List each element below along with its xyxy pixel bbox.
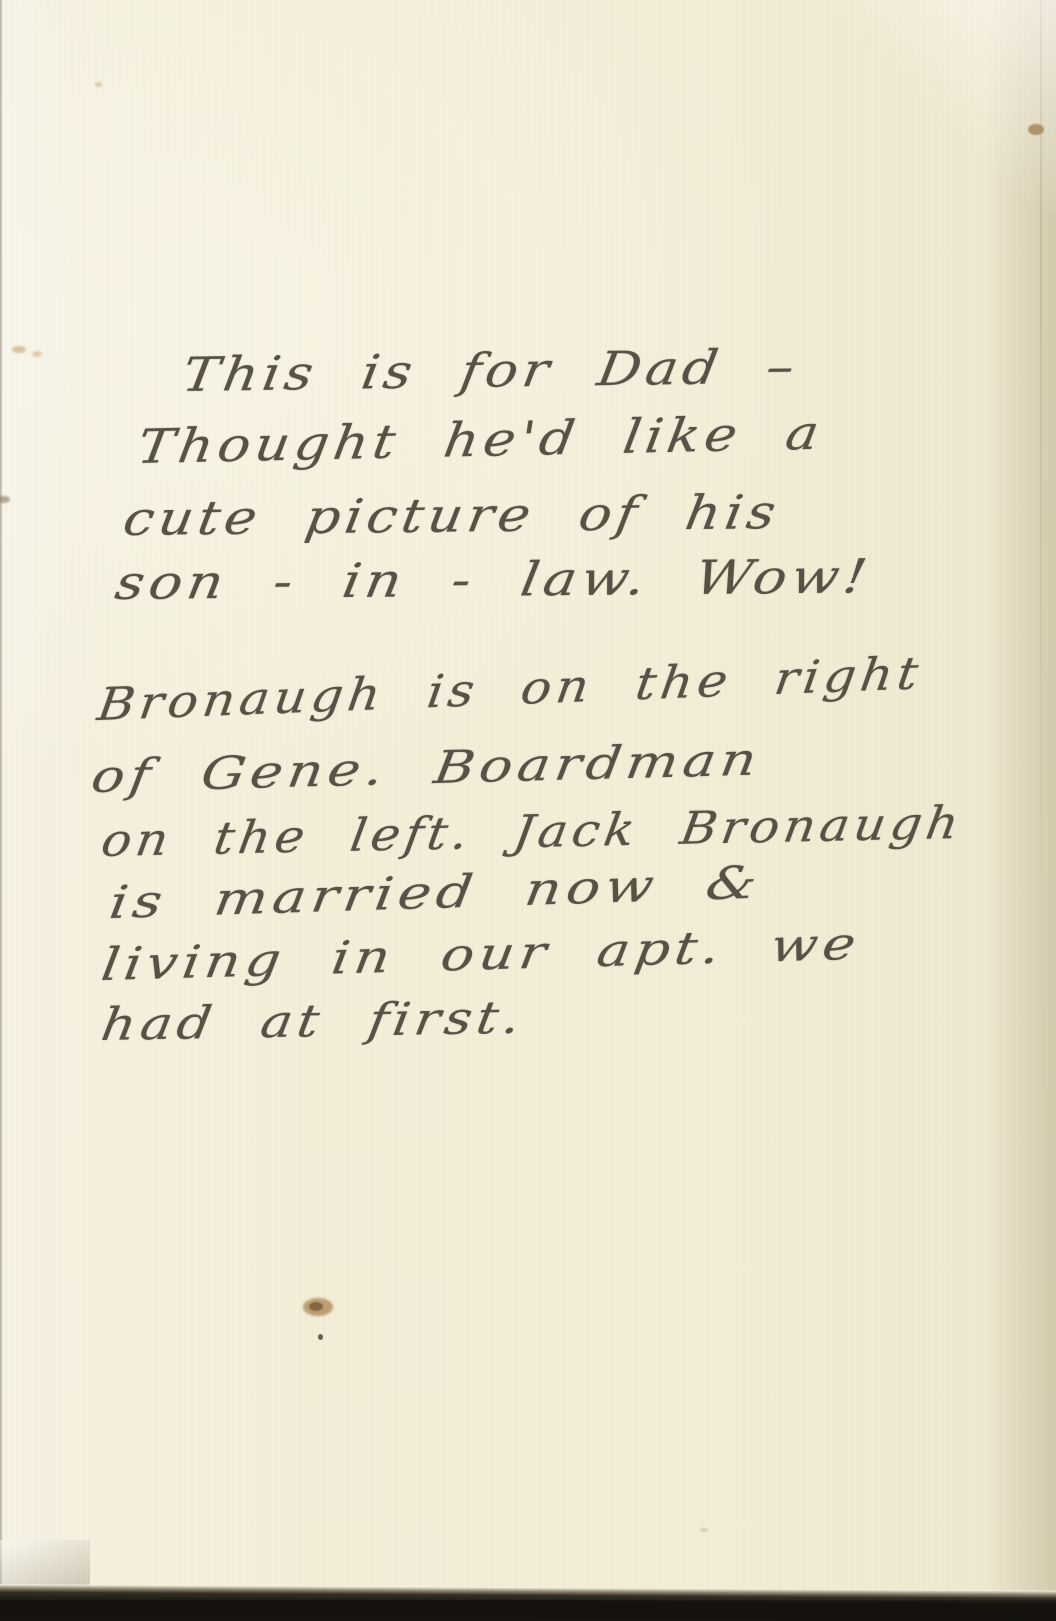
handwriting-line: of Gene. Boardman [88,732,765,803]
handwriting-line: son - in - law. Wow! [111,549,875,611]
handwriting-line: had at first. [98,991,529,1052]
ink-speck [318,1334,323,1340]
scan-bottom-edge [0,1584,1056,1600]
foxing-spot-core [309,1302,323,1311]
handwriting-line: Bronaugh is on the right [94,646,926,731]
handwriting-line: cute picture of his [119,485,784,547]
page-right-shading [986,0,1056,1600]
handwriting-line: living in our apt. we [98,917,864,991]
handwriting-line: This is for Dad – [179,339,803,403]
scanned-page: This is for Dad – Thought he'd like a cu… [0,0,1056,1600]
handwriting-line: is married now & [106,855,765,929]
handwriting-line: on the left. Jack Bronaugh [98,796,967,867]
foxing-spot [303,1298,333,1316]
foxing-spot [700,1528,708,1532]
handwriting-line: Thought he'd like a [134,406,827,476]
page-left-edge [0,0,3,1600]
page-top-right-corner-highlight [836,0,1056,210]
